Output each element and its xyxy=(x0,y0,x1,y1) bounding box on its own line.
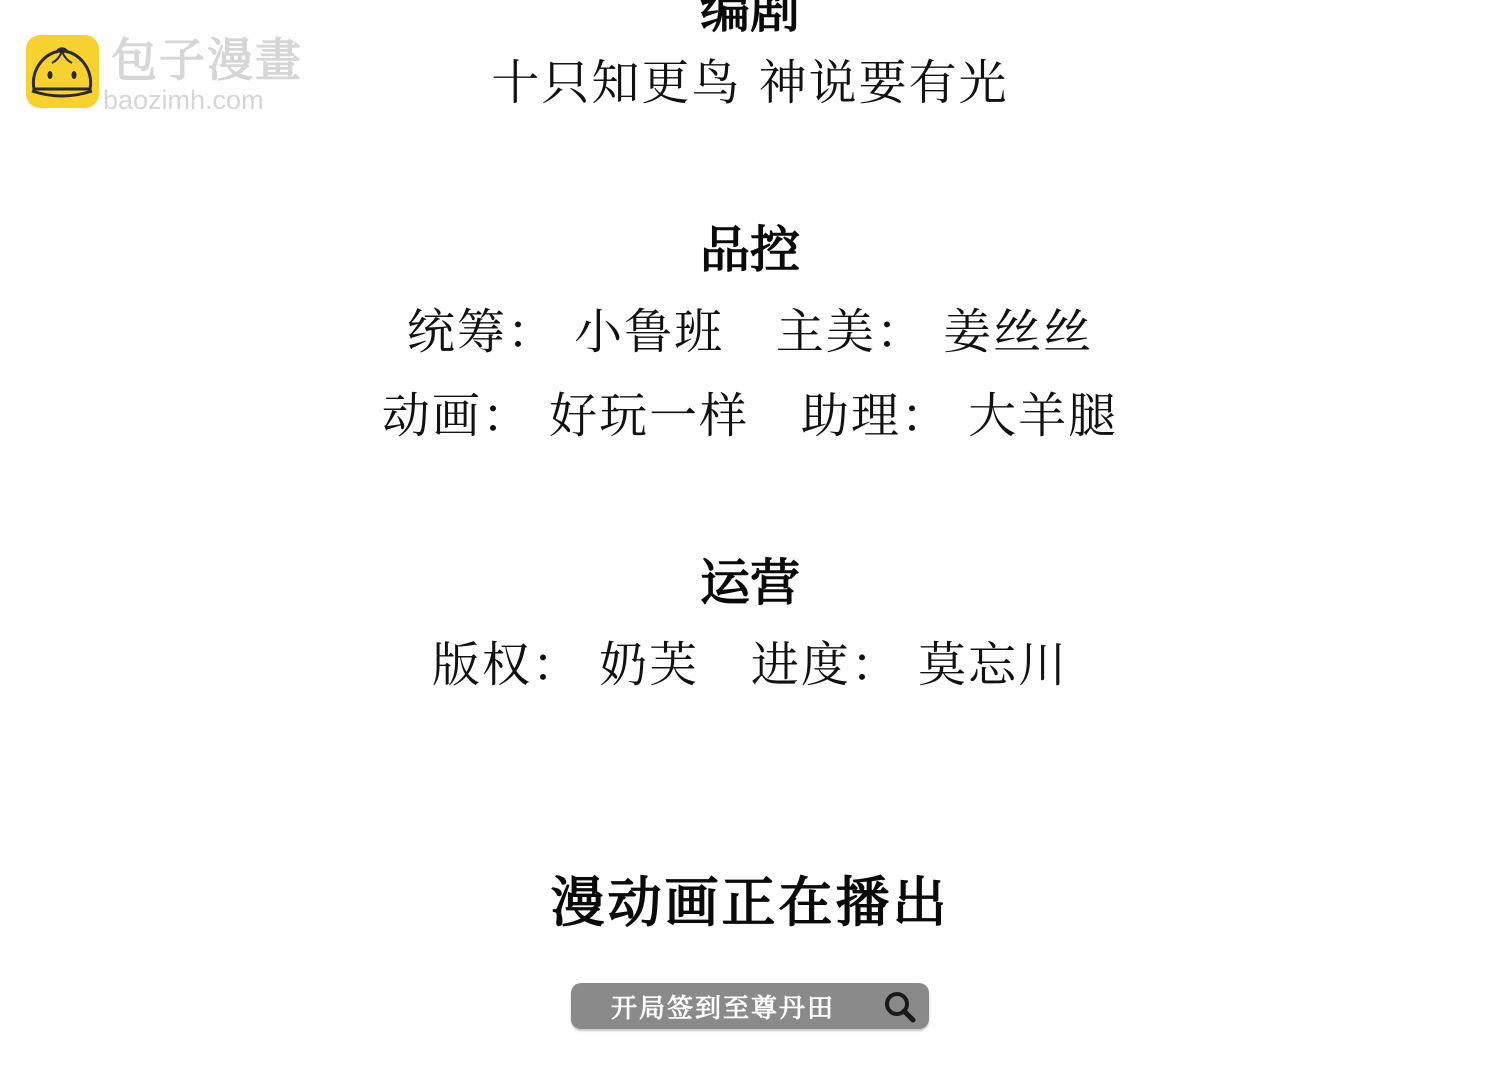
quality-control-heading: 品控 xyxy=(0,210,1500,282)
now-playing-heading: 漫动画正在播出 xyxy=(0,860,1500,937)
operations-line-1: 版权： 奶芙 进度： 莫忘川 xyxy=(0,626,1500,695)
search-bar[interactable]: 开局签到至尊丹田 xyxy=(571,983,929,1029)
quality-control-line-2: 动画： 好玩一样 助理： 大羊腿 xyxy=(0,377,1500,446)
search-text: 开局签到至尊丹田 xyxy=(611,988,835,1025)
screenwriter-heading: 编剧 xyxy=(0,0,1500,42)
screenwriters-line: 十只知更鸟 神说要有光 xyxy=(0,44,1500,113)
quality-control-line-1: 统筹： 小鲁班 主美： 姜丝丝 xyxy=(0,293,1500,362)
search-icon[interactable] xyxy=(883,990,917,1028)
operations-heading: 运营 xyxy=(0,543,1500,615)
